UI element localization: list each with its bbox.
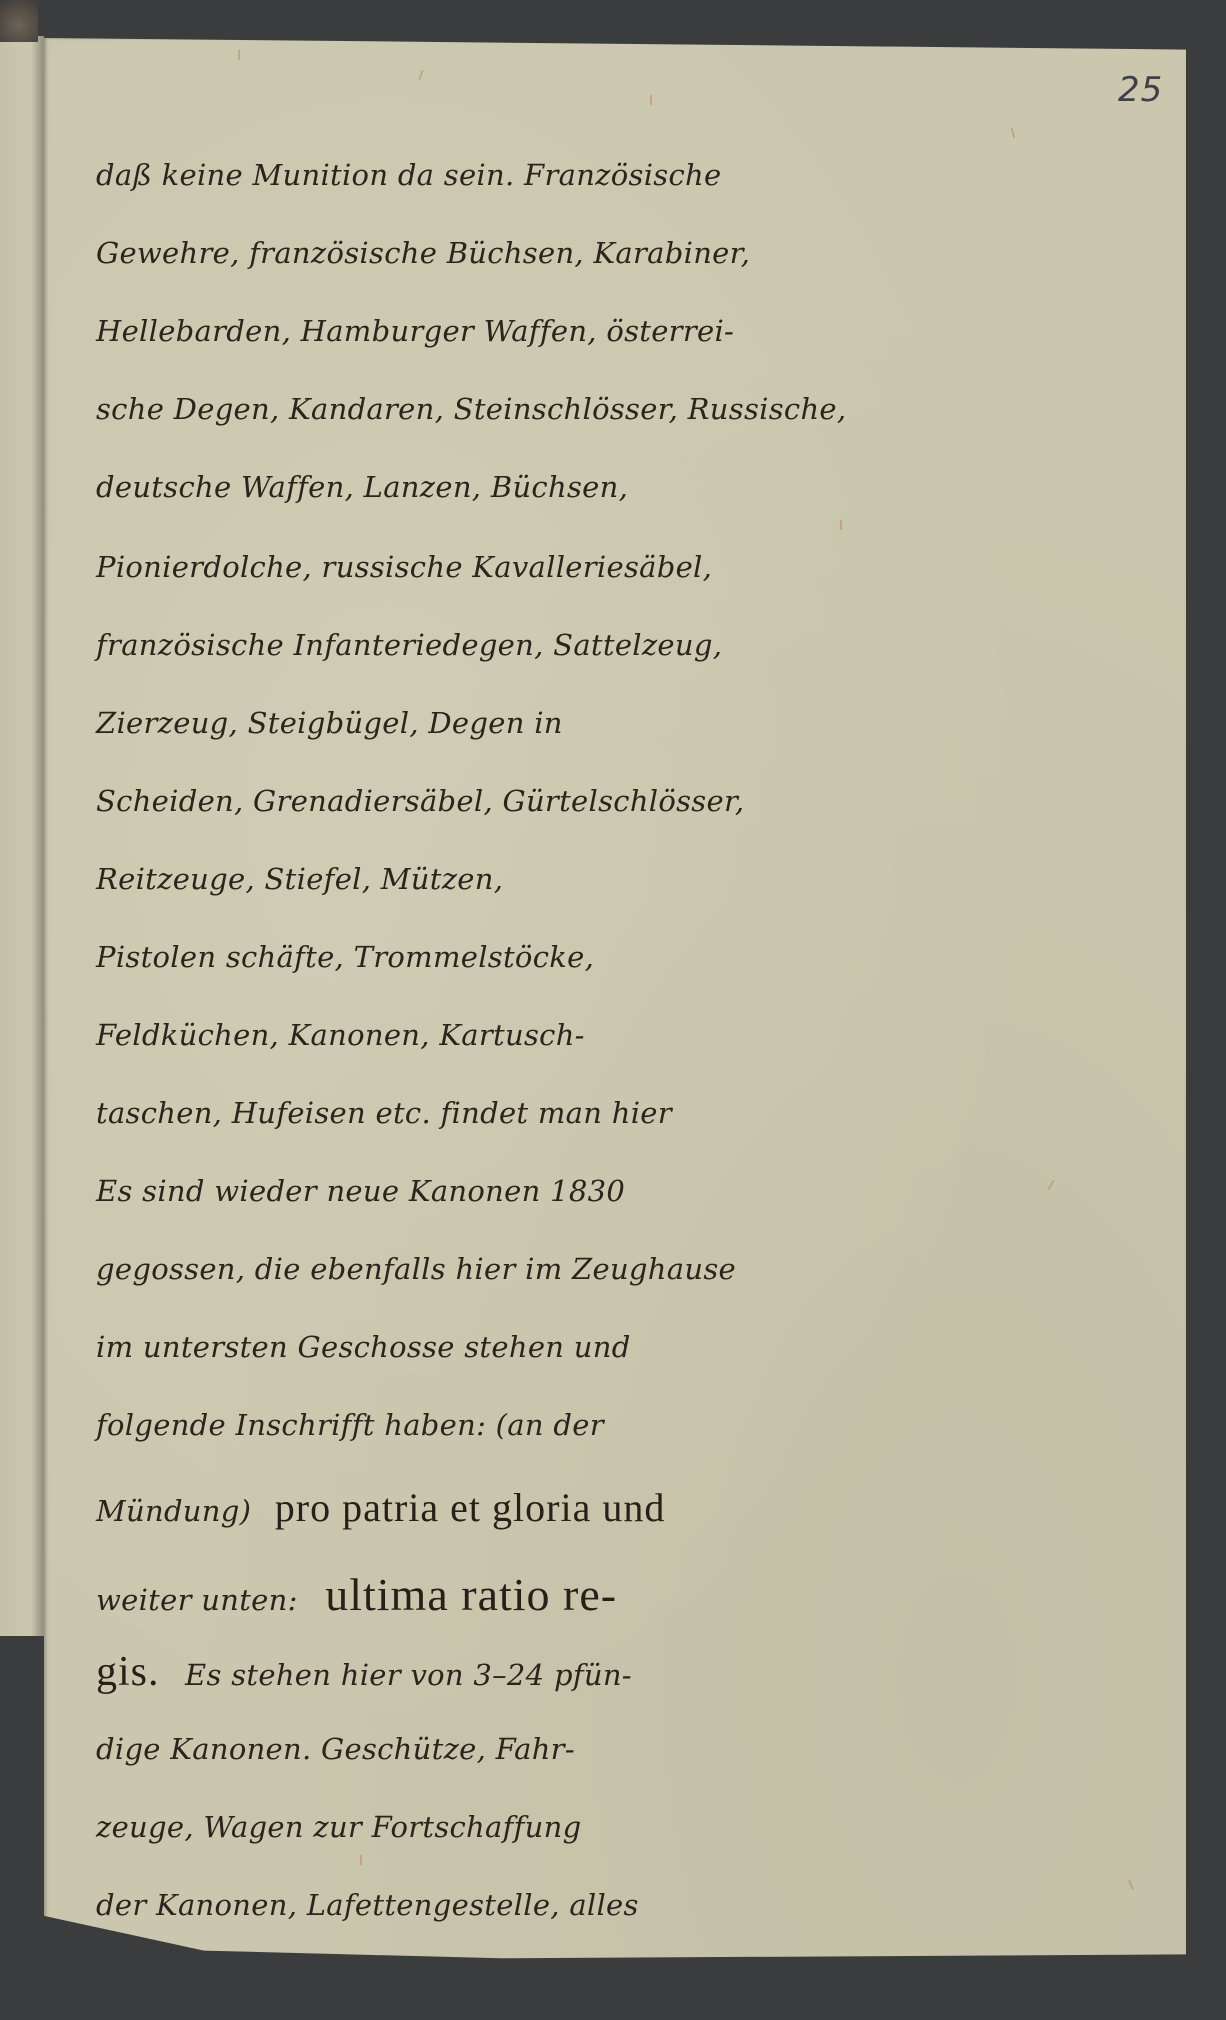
- text-line: zeuge, Wagen zur Fortschaffung: [96, 1810, 582, 1844]
- text-line: Scheiden, Grenadiersäbel, Gürtelschlösse…: [96, 784, 744, 818]
- paper-fiber: [650, 95, 652, 105]
- text-line: französische Infanteriedegen, Sattelzeug…: [96, 628, 722, 662]
- latin-motto: gis.: [96, 1649, 160, 1695]
- page-number: 25: [1118, 70, 1163, 110]
- text-line: gis. Es stehen hier von 3–24 pfün-: [96, 1648, 632, 1696]
- text-fragment: weiter unten:: [96, 1583, 298, 1617]
- text-line: Gewehre, französische Büchsen, Karabiner…: [96, 236, 750, 270]
- text-line: der Kanonen, Lafettengestelle, alles: [96, 1888, 639, 1922]
- binding-strip: [0, 36, 44, 1636]
- paper-fiber: [360, 1855, 362, 1865]
- text-line: weiter unten: ultima ratio re-: [96, 1568, 617, 1621]
- text-line: Reitzeuge, Stiefel, Mützen,: [96, 862, 503, 896]
- text-line: gegossen, die ebenfalls hier im Zeughaus…: [96, 1252, 736, 1286]
- binding-thread: [0, 0, 38, 42]
- text-line: Hellebarden, Hamburger Waffen, österrei-: [96, 314, 734, 348]
- latin-motto: pro patria et gloria und: [275, 1485, 666, 1530]
- text-line: Mündung) pro patria et gloria und: [96, 1484, 665, 1531]
- text-line: taschen, Hufeisen etc. findet man hier: [96, 1096, 672, 1130]
- text-line: dige Kanonen. Geschütze, Fahr-: [96, 1732, 575, 1766]
- text-line: im untersten Geschosse stehen und: [96, 1330, 631, 1364]
- text-line: Zierzeug, Steigbügel, Degen in: [96, 706, 563, 740]
- text-line: Feldküchen, Kanonen, Kartusch-: [96, 1018, 585, 1052]
- text-line: Pionierdolche, russische Kavalleriesäbel…: [96, 550, 712, 584]
- paper-fiber: [840, 520, 842, 530]
- text-line: sche Degen, Kandaren, Steinschlösser, Ru…: [96, 392, 846, 426]
- text-fragment: Es stehen hier von 3–24 pfün-: [185, 1658, 632, 1692]
- text-fragment: Mündung): [96, 1494, 251, 1528]
- text-line: Pistolen schäfte, Trommelstöcke,: [96, 940, 594, 974]
- text-line: daß keine Munition da sein. Französische: [96, 158, 721, 192]
- text-line: folgende Inschrifft haben: (an der: [96, 1408, 604, 1442]
- paper-fiber: [238, 50, 240, 60]
- latin-motto: ultima ratio re-: [325, 1569, 617, 1620]
- text-line: Es sind wieder neue Kanonen 1830: [96, 1174, 625, 1208]
- text-line: deutsche Waffen, Lanzen, Büchsen,: [96, 470, 628, 504]
